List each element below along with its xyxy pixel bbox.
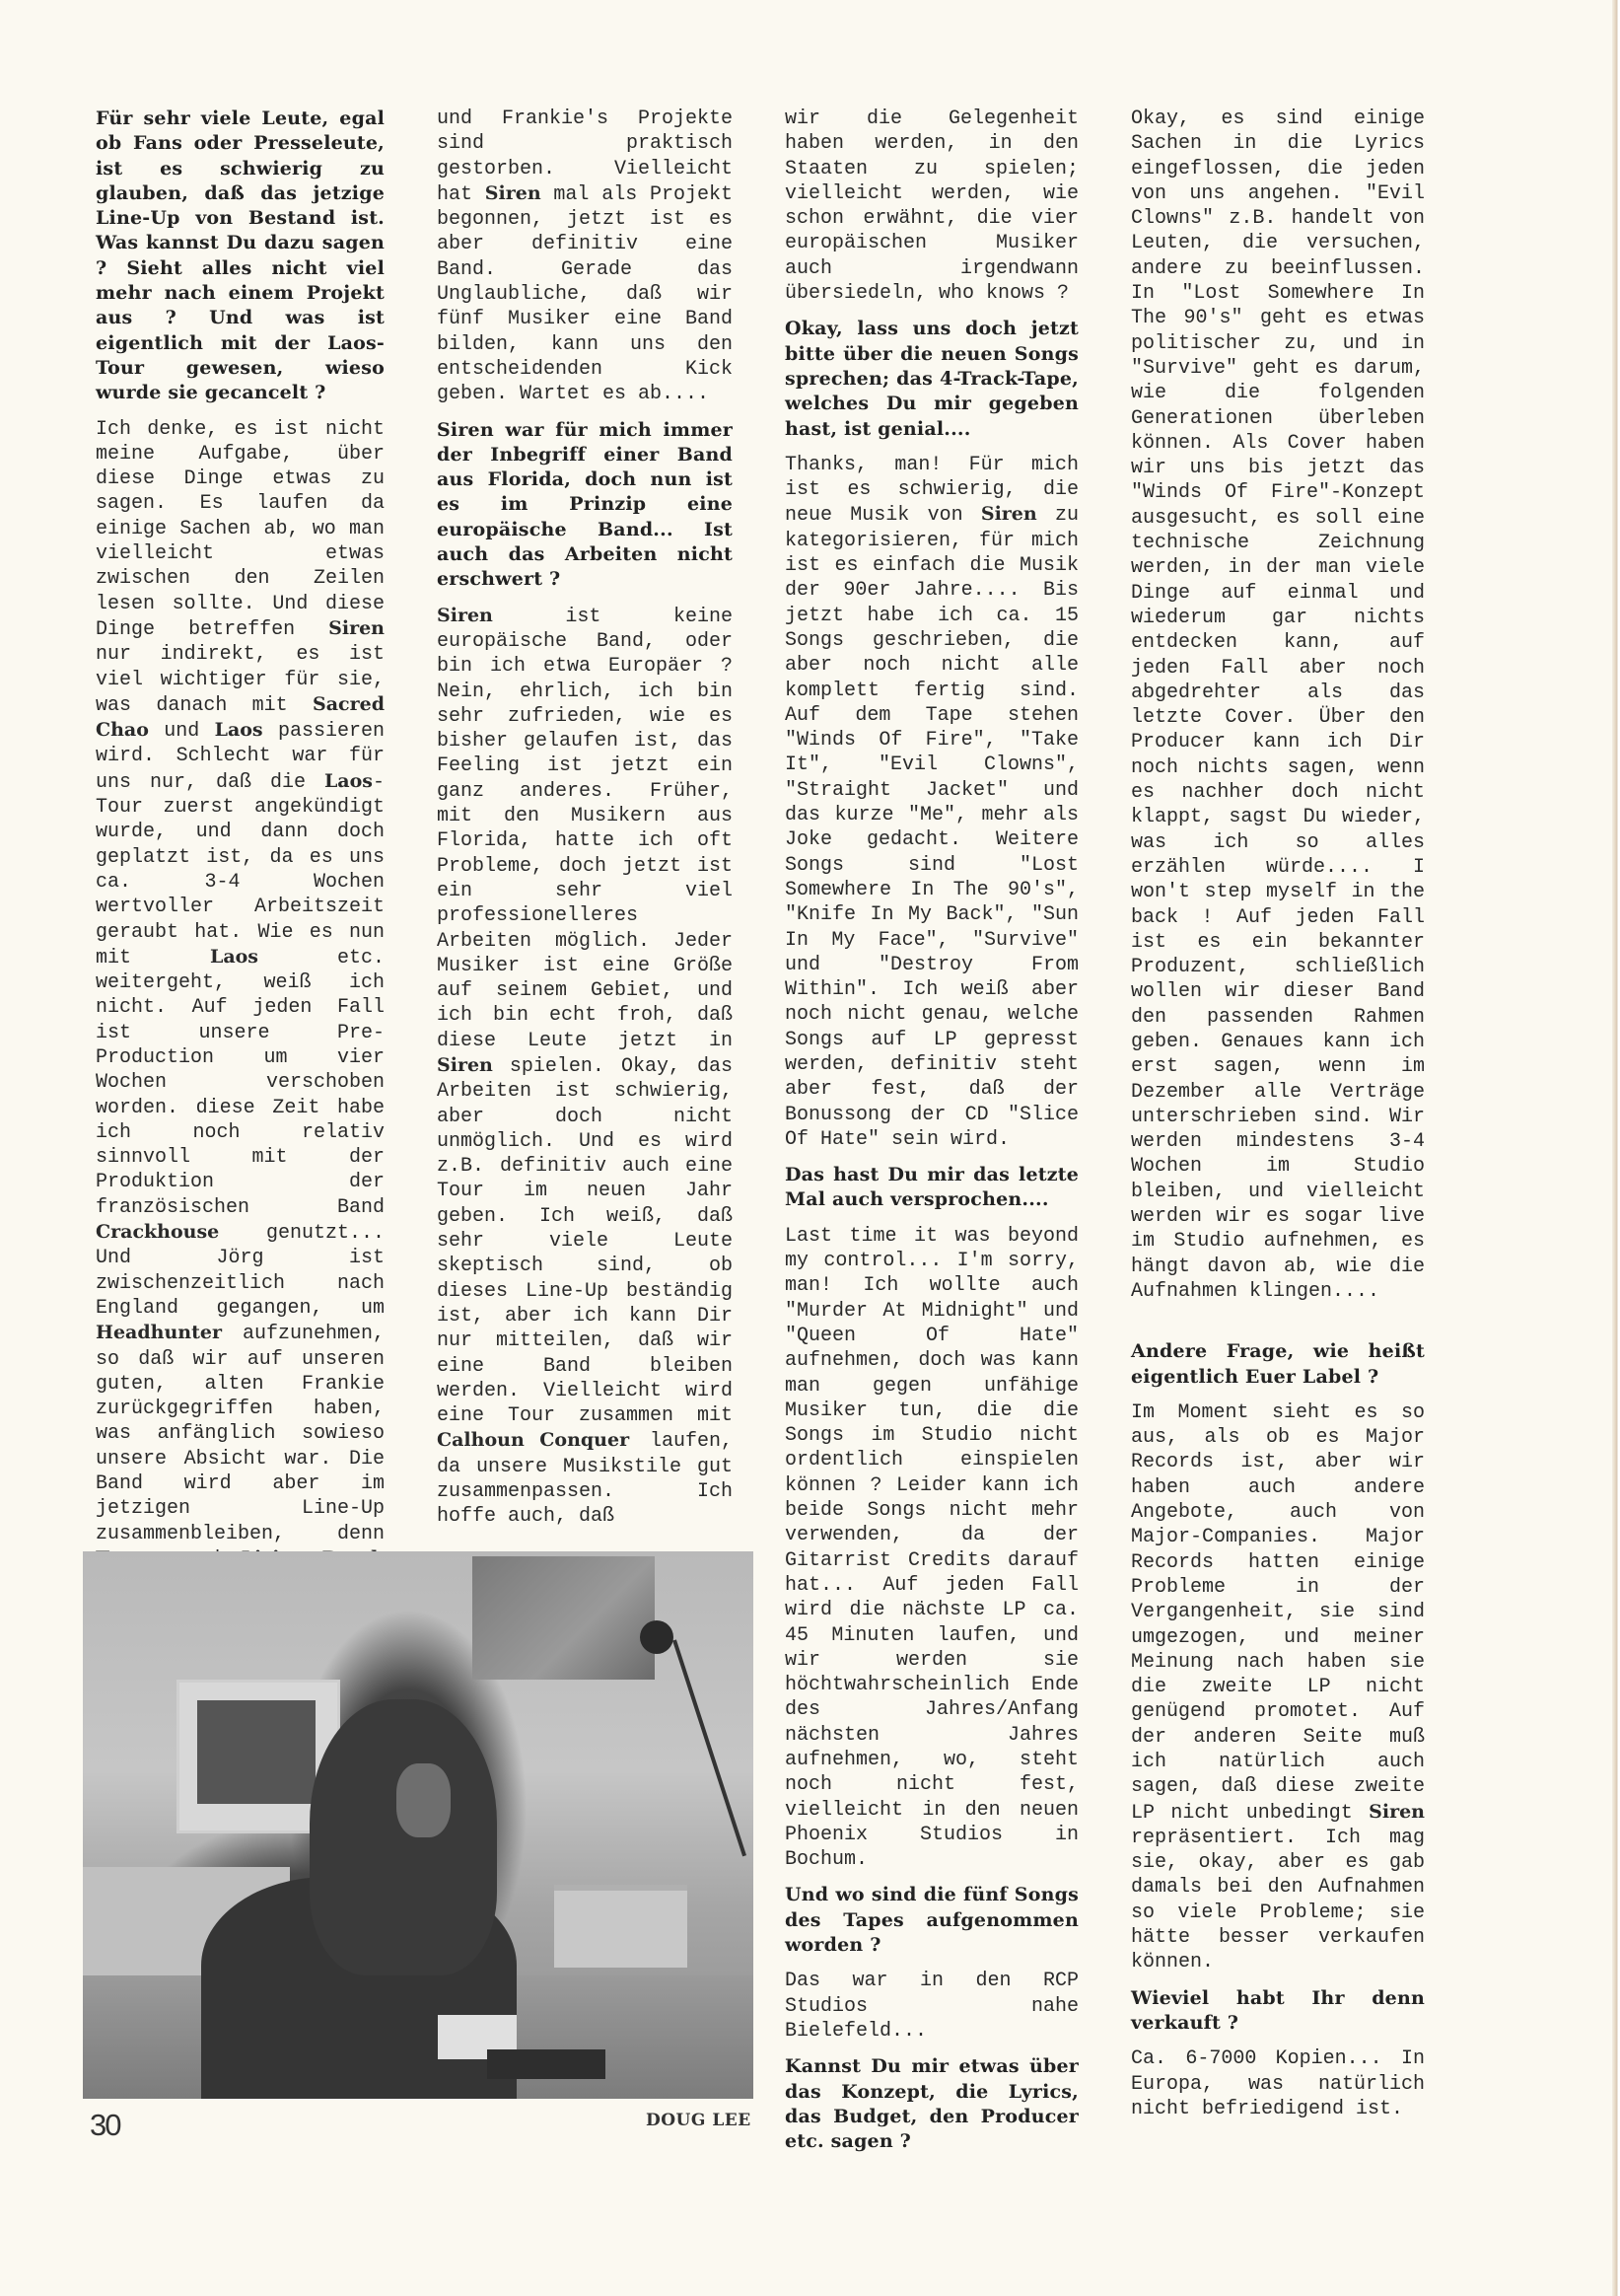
interview-answer: und Frankie's Projekte sind praktisch ge… xyxy=(437,107,733,407)
band-name: Crackhouse xyxy=(96,1221,219,1243)
article-column-2: und Frankie's Projekte sind praktisch ge… xyxy=(437,107,733,1541)
band-name: Calhoun Conquer xyxy=(437,1429,629,1451)
interview-question: Und wo sind die fünf Songs des Tapes auf… xyxy=(785,1883,1079,1958)
interview-answer: Last time it was beyond my control... I'… xyxy=(785,1224,1079,1873)
wall-poster xyxy=(472,1556,655,1680)
printer xyxy=(554,1885,687,1968)
person-face xyxy=(396,1763,451,1837)
interview-question: Andere Frage, wie heißt eigentlich Euer … xyxy=(1131,1339,1425,1390)
interview-question: Kannst Du mir etwas über das Konzept, di… xyxy=(785,2054,1079,2154)
interview-answer: Ich denke, es ist nicht meine Aufgabe, ü… xyxy=(96,417,385,1622)
band-name: Siren xyxy=(437,1054,493,1076)
band-name: Laos xyxy=(210,946,258,968)
interview-answer: Siren ist keine europäische Band, oder b… xyxy=(437,604,733,1530)
band-name: Laos xyxy=(215,719,263,741)
interview-question: Das hast Du mir das letzte Mal auch vers… xyxy=(785,1163,1079,1213)
musician-photo xyxy=(83,1551,753,2099)
band-name: Siren xyxy=(437,605,493,626)
interview-answer: Thanks, man! Für mich ist es schwierig, … xyxy=(785,453,1079,1152)
person-hair xyxy=(310,1699,497,1975)
photo-credit: DOUG LEE xyxy=(646,2111,751,2130)
band-name: Siren xyxy=(485,182,541,204)
interview-answer: Im Moment sieht es so aus, als ob es Maj… xyxy=(1131,1400,1425,1975)
article-column-3: wir die Gelegenheit haben werden, in den… xyxy=(785,107,1079,2165)
band-name: Siren xyxy=(328,617,385,639)
interview-question: Siren war für mich immer der Inbegriff e… xyxy=(437,418,733,593)
band-name: Headhunter xyxy=(96,1322,222,1343)
interview-answer: Okay, es sind einige Sachen in die Lyric… xyxy=(1131,107,1425,1304)
desk-lamp xyxy=(640,1620,673,1654)
band-name: Siren xyxy=(981,503,1037,525)
page-edge xyxy=(1612,0,1620,2296)
interview-answer: wir die Gelegenheit haben werden, in den… xyxy=(785,107,1079,306)
interview-question: Wieviel habt Ihr denn verkauft ? xyxy=(1131,1986,1425,2037)
interview-question: Für sehr viele Leute, egal ob Fans oder … xyxy=(96,107,385,406)
interview-answer: Ca. 6-7000 Kopien... In Europa, was natü… xyxy=(1131,2046,1425,2121)
page-number: 30 xyxy=(90,2108,119,2143)
band-name: Laos xyxy=(324,770,373,792)
lamp-arm xyxy=(672,1639,746,1856)
desk-device xyxy=(487,2049,605,2079)
interview-answer: Das war in den RCP Studios nahe Bielefel… xyxy=(785,1969,1079,2044)
article-column-1: Für sehr viele Leute, egal ob Fans oder … xyxy=(96,107,385,1633)
article-column-4: Okay, es sind einige Sachen in die Lyric… xyxy=(1131,107,1425,2132)
band-name: Siren xyxy=(1369,1801,1425,1823)
interview-question: Okay, lass uns doch jetzt bitte über die… xyxy=(785,317,1079,441)
